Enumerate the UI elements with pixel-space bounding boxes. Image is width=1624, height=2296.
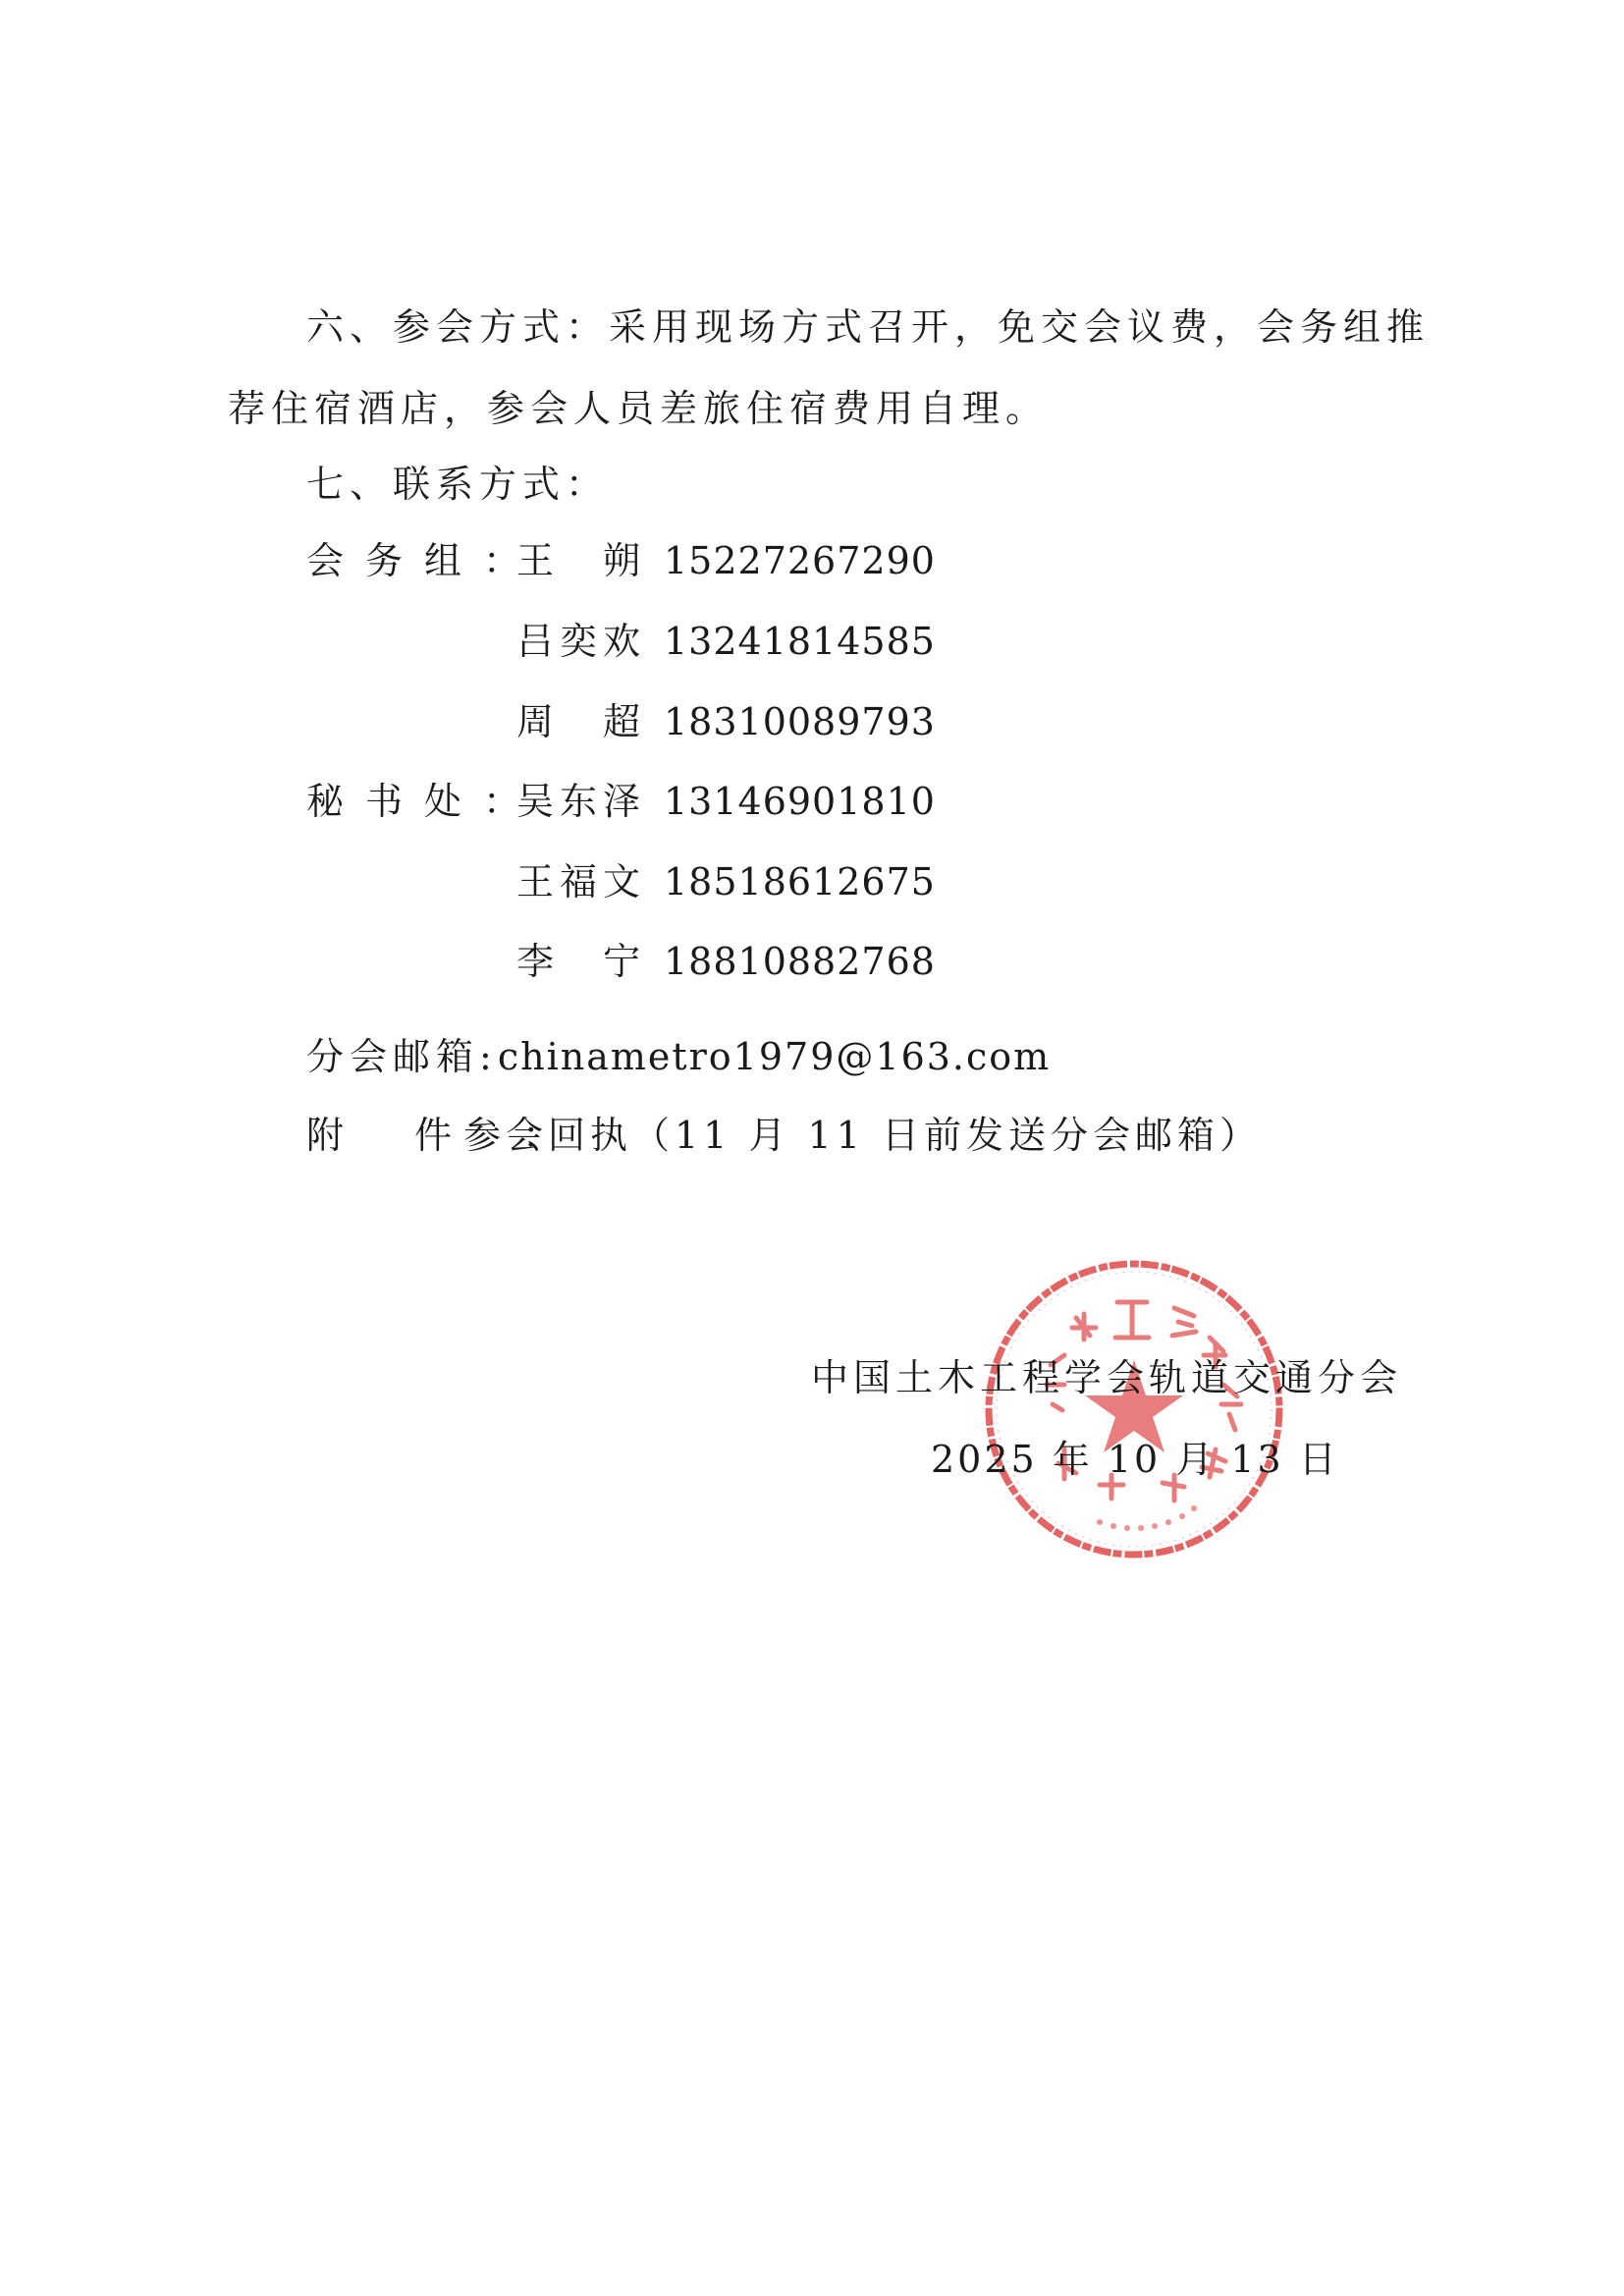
attachment-label: 附件： (306, 1113, 463, 1158)
section-seven-title: 七、联系方式： (306, 462, 609, 507)
document-page: 六、参会方式：采用现场方式召开，免交会议费，会务组推 荐住宿酒店，参会人员差旅住… (0, 0, 1624, 2296)
branch-email-line: 分会邮箱:chinametro1979@163.com (306, 1034, 1051, 1079)
contact-phone: 13241814585 (664, 619, 936, 664)
signing-organization: 中国土木工程学会轨道交通分会 (811, 1355, 1402, 1400)
official-seal-icon (982, 1257, 1286, 1561)
attachment-line: 附件：参会回执（11 月 11 日前发送分会邮箱） (306, 1113, 1262, 1158)
contact-name: 吴东泽 (516, 779, 654, 824)
contact-name: 王朔 (516, 538, 654, 583)
attachment-text: 参会回执（11 月 11 日前发送分会邮箱） (463, 1114, 1262, 1157)
section-six-line-2: 荐住宿酒店，参会人员差旅住宿费用自理。 (228, 386, 1049, 431)
email-address: chinametro1979@163.com (498, 1035, 1051, 1078)
contact-name: 周超 (516, 699, 654, 744)
email-label: 分会邮箱: (306, 1035, 498, 1078)
contact-phone: 18310089793 (664, 699, 936, 744)
contact-name: 王福文 (516, 859, 654, 904)
contact-phone: 13146901810 (664, 779, 936, 824)
contact-phone: 15227267290 (664, 538, 936, 583)
contact-group-label: 会务组： (306, 538, 516, 583)
contact-name: 吕奕欢 (516, 619, 654, 664)
contact-phone: 18810882768 (664, 939, 936, 984)
contact-name: 李宁 (516, 939, 654, 984)
contact-phone: 18518612675 (664, 859, 936, 904)
section-six-line-1: 六、参会方式：采用现场方式召开，免交会议费，会务组推 (306, 304, 1430, 350)
signing-date: 2025 年 10 月 13 日 (931, 1437, 1339, 1482)
contact-group-label: 秘书处： (306, 779, 516, 824)
